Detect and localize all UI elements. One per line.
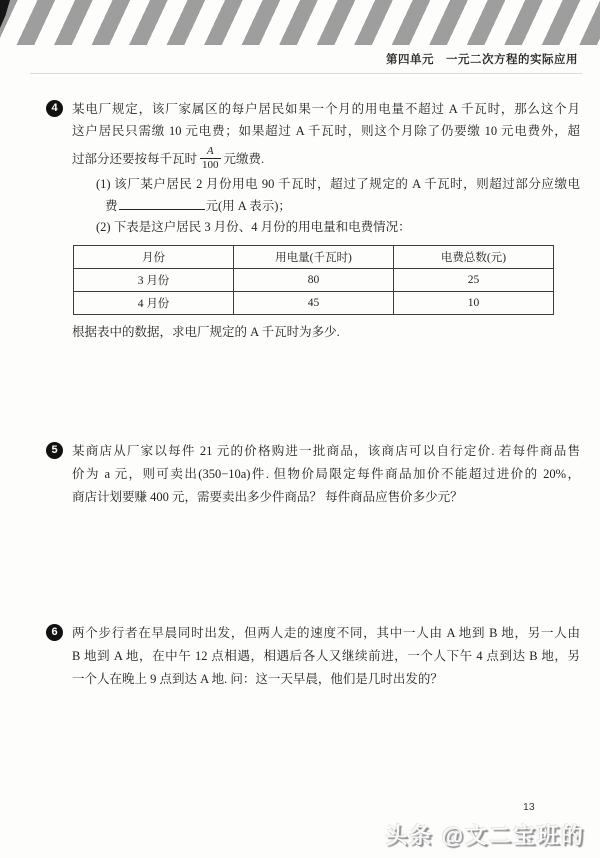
subquestion-1-line-2: 费元(用 A 表示)； xyxy=(105,196,580,218)
table-header-row: 月份 用电量(千瓦时) 电费总数(元) xyxy=(74,245,554,268)
problem-4-subquestions: (1) 该厂某户居民 2 月份用电 90 千瓦时，超过了规定的 A 千瓦时，则超… xyxy=(96,174,580,239)
blank-prefix-text: 费 xyxy=(105,199,118,213)
problem-6-number-badge: 6 xyxy=(46,624,63,641)
fraction-a-over-100: A 100 xyxy=(200,145,221,171)
unit-title: 一元二次方程的实际应用 xyxy=(446,54,578,66)
problem-4-line-2: 这户居民只需缴 10 元电费；如果超过 A 千瓦时，则这个月除了仍要缴 10 元… xyxy=(72,120,580,142)
table-cell: 4 月份 xyxy=(74,291,234,314)
problem-6: 6 两个步行者在早晨同时出发，但两人走的速度不同，其中一人由 A 地到 B 地，… xyxy=(46,622,580,691)
problem-5-line-2: 价为 a 元，则可卖出(350−10a)件. 但物价局限定每件商品加价不能超过进… xyxy=(72,463,580,486)
table-row-april: 4 月份 45 10 xyxy=(74,291,554,314)
table-cell: 3 月份 xyxy=(74,268,234,291)
table-cell: 10 xyxy=(394,291,554,314)
table-header-month: 月份 xyxy=(74,245,234,268)
header-rule xyxy=(30,73,582,74)
problem-5-number-badge: 5 xyxy=(46,442,63,459)
table-cell: 25 xyxy=(394,268,554,291)
table-cell: 45 xyxy=(234,291,394,314)
problem-6-line-1: 两个步行者在早晨同时出发，但两人走的速度不同，其中一人由 A 地到 B 地，另一… xyxy=(72,622,580,645)
toutiao-watermark: 头条 @文二宝班的 xyxy=(385,819,585,850)
subquestion-2-line: (2) 下表是这户居民 3 月份、4 月份的用电量和电费情况： xyxy=(96,217,580,239)
problem-5: 5 某商店从厂家以每件 21 元的价格购进一批商品，该商店可以自行定价. 若每件… xyxy=(46,440,580,509)
table-header-usage: 用电量(千瓦时) xyxy=(234,245,394,268)
problem-4-number-badge: 4 xyxy=(46,100,63,117)
fraction-numerator: A xyxy=(200,145,221,159)
unit-label: 第四单元 xyxy=(386,54,434,66)
subquestion-1-line-1: (1) 该厂某户居民 2 月份用电 90 千瓦时，超过了规定的 A 千瓦时，则超… xyxy=(96,174,580,196)
electricity-fee-table: 月份 用电量(千瓦时) 电费总数(元) 3 月份 80 25 4 月份 45 1… xyxy=(73,245,554,315)
table-header-fee: 电费总数(元) xyxy=(394,245,554,268)
problem-5-line-1: 某商店从厂家以每件 21 元的价格购进一批商品，该商店可以自行定价. 若每件商品… xyxy=(72,440,580,463)
problem-5-line-3: 商店计划要赚 400 元，需要卖出多少件商品？ 每件商品应售价多少元？ xyxy=(72,486,580,509)
fraction-denominator: 100 xyxy=(200,159,221,172)
blank-suffix-text: 元(用 A 表示)； xyxy=(206,199,291,213)
running-header: 第四单元一元二次方程的实际应用 xyxy=(386,51,578,67)
page-number: 13 xyxy=(523,801,535,813)
textbook-page: 第四单元一元二次方程的实际应用 4 某电厂规定，该厂家属区的每户居民如果一个月的… xyxy=(0,0,600,858)
table-row-march: 3 月份 80 25 xyxy=(74,268,554,291)
problem-4-closing-line: 根据表中的数据，求电厂规定的 A 千瓦时为多少. xyxy=(72,321,580,343)
problem-4-fraction-line: 过部分还要按每千瓦时 A 100 元缴费. xyxy=(72,142,580,174)
problem-4: 4 某电厂规定，该厂家属区的每户居民如果一个月的用电量不超过 A 千瓦时，那么这… xyxy=(46,98,580,343)
fraction-prefix-text: 过部分还要按每千瓦时 xyxy=(72,149,197,167)
problem-6-line-3: 一个人在晚上 9 点到达 A 地. 问：这一天早晨，他们是几时出发的？ xyxy=(72,668,580,691)
table-cell: 80 xyxy=(234,268,394,291)
fraction-suffix-text: 元缴费. xyxy=(224,149,265,167)
diagonal-stripes-decoration xyxy=(0,0,600,45)
answer-blank-underline xyxy=(119,198,205,210)
problem-6-line-2: B 地到 A 地，在中午 12 点相遇，相遇后各人又继续前进，一个人下午 4 点… xyxy=(72,645,580,668)
problem-4-line-1: 某电厂规定，该厂家属区的每户居民如果一个月的用电量不超过 A 千瓦时，那么这个月 xyxy=(72,98,580,120)
